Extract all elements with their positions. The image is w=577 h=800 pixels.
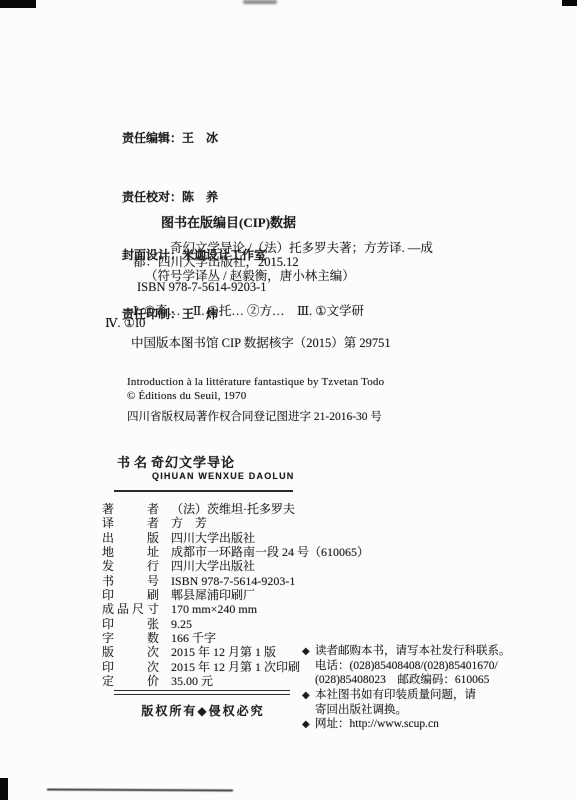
row-value: 四川大学出版社 [171, 531, 255, 545]
note-text: 寄回出版社调换。 [315, 704, 407, 716]
note-text: 读者邮购本书，请写本社发行科联系。 [315, 645, 511, 657]
cip-classification-line1: Ⅰ. ①奇… Ⅱ. ①托… ②方… Ⅲ. ①文学研 [133, 301, 364, 319]
staff-line-proofreader: 责任校对：陈 养 [122, 188, 266, 208]
row-label: 定 价 [102, 674, 159, 688]
table-row-printer: 印 刷郫县犀浦印刷厂 [102, 588, 369, 602]
table-row-publisher: 出 版四川大学出版社 [102, 531, 369, 545]
row-value: 方 芳 [171, 516, 207, 530]
row-value: ISBN 978-7-5614-9203-1 [171, 574, 295, 588]
rights-registration-line: 四川省版权局著作权合同登记图进字 21-2016-30 号 [127, 408, 382, 424]
note-text: 网址：http://www.scup.cn [315, 718, 439, 730]
row-value: 成都市一环路南一段 24 号（610065） [171, 545, 369, 559]
cip-record-number-line: 中国版本图书馆 CIP 数据核字（2015）第 29751 [131, 333, 391, 351]
row-value: 35.00 元 [171, 674, 213, 688]
diamond-bullet-icon: ◆ [302, 645, 315, 659]
note-text: 本社图书如有印装质量问题，请 [315, 689, 476, 701]
row-label: 地 址 [102, 545, 159, 559]
table-row-sheets: 印 张9.25 [102, 617, 369, 631]
table-row-distributor: 发 行四川大学出版社 [102, 559, 369, 573]
cip-isbn-line: ISBN 978-7-5614-9203-1 [137, 280, 267, 295]
staff-value: 王 冰 [182, 131, 218, 145]
row-label: 字 数 [102, 631, 159, 645]
scan-artifact-top-left [0, 0, 36, 8]
copyright-notice: 版权所有◆侵权必究 [114, 702, 292, 719]
note-mail-order: ◆读者邮购本书，请写本社发行科联系。 [302, 644, 577, 659]
staff-value: 陈 养 [182, 190, 218, 204]
row-label: 出 版 [102, 531, 159, 545]
cip-classification-line2: Ⅳ. ①I0 [105, 315, 145, 331]
scan-artifact-bottom-line [47, 789, 233, 792]
note-text: 电话：(028)85408408/(028)85401670/ [315, 660, 498, 672]
cip-heading: 图书在版编目(CIP)数据 [161, 212, 296, 231]
note-phone: 电话：(028)85408408/(028)85401670/ [302, 659, 577, 673]
staff-label: 责任编辑： [122, 131, 182, 145]
row-value: 170 mm×240 mm [171, 602, 257, 616]
row-value: 郫县犀浦印刷厂 [171, 588, 255, 602]
book-title-pinyin: QIHUAN WENXUE DAOLUN [152, 471, 295, 481]
scanned-copyright-page: 责任编辑：王 冰 责任校对：陈 养 封面设计：米迦设计工作室 责任印制：王 炜 … [0, 0, 577, 800]
diamond-bullet-icon: ◆ [302, 718, 315, 732]
staff-label: 责任校对： [122, 190, 182, 204]
row-label: 著 者 [102, 502, 159, 516]
original-title-line: Introduction à la littérature fantastiqu… [127, 376, 384, 388]
table-row-isbn: 书 号ISBN 978-7-5614-9203-1 [102, 574, 369, 588]
note-quality: ◆本社图书如有印装质量问题，请 [302, 688, 577, 703]
row-label: 书 号 [102, 574, 159, 588]
row-label: 发 行 [102, 559, 159, 573]
table-row-translator: 译 者方 芳 [102, 516, 369, 530]
table-row-trim-size: 成品尺寸170 mm×240 mm [102, 602, 369, 616]
row-label: 印 次 [102, 660, 159, 674]
row-value: 2015 年 12 月第 1 次印刷 [171, 660, 300, 674]
row-label: 印 刷 [102, 588, 159, 602]
divider-rule-top [114, 490, 293, 492]
divider-rule-bottom [114, 690, 290, 695]
row-label: 印 张 [102, 617, 159, 631]
row-value: 2015 年 12 月第 1 版 [171, 645, 276, 659]
diamond-bullet-icon: ◆ [302, 689, 315, 703]
note-website: ◆网址：http://www.scup.cn [302, 717, 577, 732]
scan-artifact-bottom-left [0, 778, 8, 800]
book-title-value: 奇幻文学导论 [151, 452, 235, 471]
scan-artifact-top-center [243, 0, 277, 4]
row-value: 9.25 [171, 617, 192, 631]
table-row-author: 著 者（法）茨维坦·托多罗夫 [102, 502, 369, 516]
row-label: 译 者 [102, 516, 159, 530]
scan-artifact-top-right [562, 0, 577, 6]
row-value: （法）茨维坦·托多罗夫 [171, 502, 295, 516]
publisher-notes: ◆读者邮购本书，请写本社发行科联系。 电话：(028)85408408/(028… [302, 644, 577, 732]
row-label: 版 次 [102, 645, 159, 659]
book-title-label: 书名 [117, 452, 151, 471]
row-value: 四川大学出版社 [171, 559, 255, 573]
note-quality-cont: 寄回出版社调换。 [302, 703, 577, 717]
row-value: 166 千字 [171, 631, 216, 645]
row-label: 成品尺寸 [102, 602, 159, 616]
original-copyright-line: © Éditions du Seuil, 1970 [127, 390, 246, 402]
staff-line-editor: 责任编辑：王 冰 [122, 129, 266, 149]
note-postcode: (028)85408023 邮政编码：610065 [302, 673, 577, 687]
table-row-address: 地 址成都市一环路南一段 24 号（610065） [102, 545, 369, 559]
note-text: (028)85408023 邮政编码：610065 [315, 674, 489, 686]
